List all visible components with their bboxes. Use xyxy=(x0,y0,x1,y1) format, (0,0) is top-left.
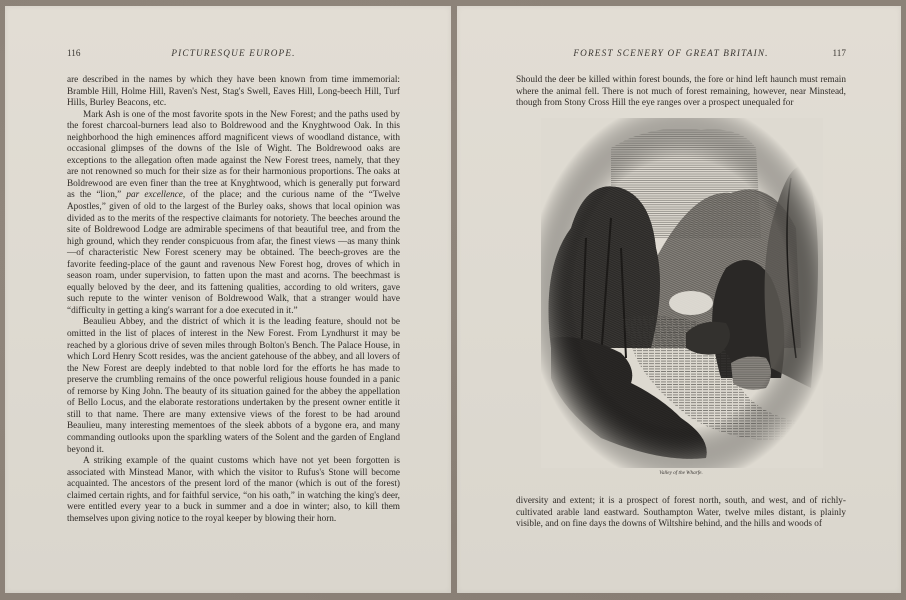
left-running-head: 116 PICTURESQUE EUROPE. xyxy=(67,48,400,62)
illustration-caption: Valley of the Wharfe. xyxy=(516,470,846,476)
paragraph: A striking example of the quaint customs… xyxy=(67,456,400,525)
italic-phrase: par excellence, xyxy=(126,190,185,200)
text-run: A striking example of the quaint customs… xyxy=(67,456,400,524)
right-running-head: FOREST SCENERY OF GREAT BRITAIN. 117 xyxy=(516,48,846,62)
left-body-text: are described in the names by which they… xyxy=(67,75,400,525)
right-page: FOREST SCENERY OF GREAT BRITAIN. 117 Sho… xyxy=(457,6,901,593)
running-title: FOREST SCENERY OF GREAT BRITAIN. xyxy=(516,48,826,58)
running-title: PICTURESQUE EUROPE. xyxy=(67,48,400,58)
text-run: of the place; and the curious name of th… xyxy=(67,190,400,315)
paragraph: diversity and extent; it is a prospect o… xyxy=(516,496,846,531)
right-top-text: Should the deer be killed within forest … xyxy=(516,75,846,110)
paragraph: Beaulieu Abbey, and the district of whic… xyxy=(67,317,400,456)
page-number: 117 xyxy=(833,48,846,58)
engraving-illustration xyxy=(541,118,823,468)
paragraph: Mark Ash is one of the most favorite spo… xyxy=(67,110,400,318)
text-run: are described in the names by which they… xyxy=(67,75,400,108)
paragraph: Should the deer be killed within forest … xyxy=(516,75,846,110)
text-run: Beaulieu Abbey, and the district of whic… xyxy=(67,317,400,454)
text-run: Mark Ash is one of the most favorite spo… xyxy=(67,110,400,201)
paragraph: are described in the names by which they… xyxy=(67,75,400,110)
right-bottom-text: diversity and extent; it is a prospect o… xyxy=(516,496,846,531)
left-page: 116 PICTURESQUE EUROPE. are described in… xyxy=(5,6,451,593)
landscape-engraving-icon xyxy=(541,118,823,468)
